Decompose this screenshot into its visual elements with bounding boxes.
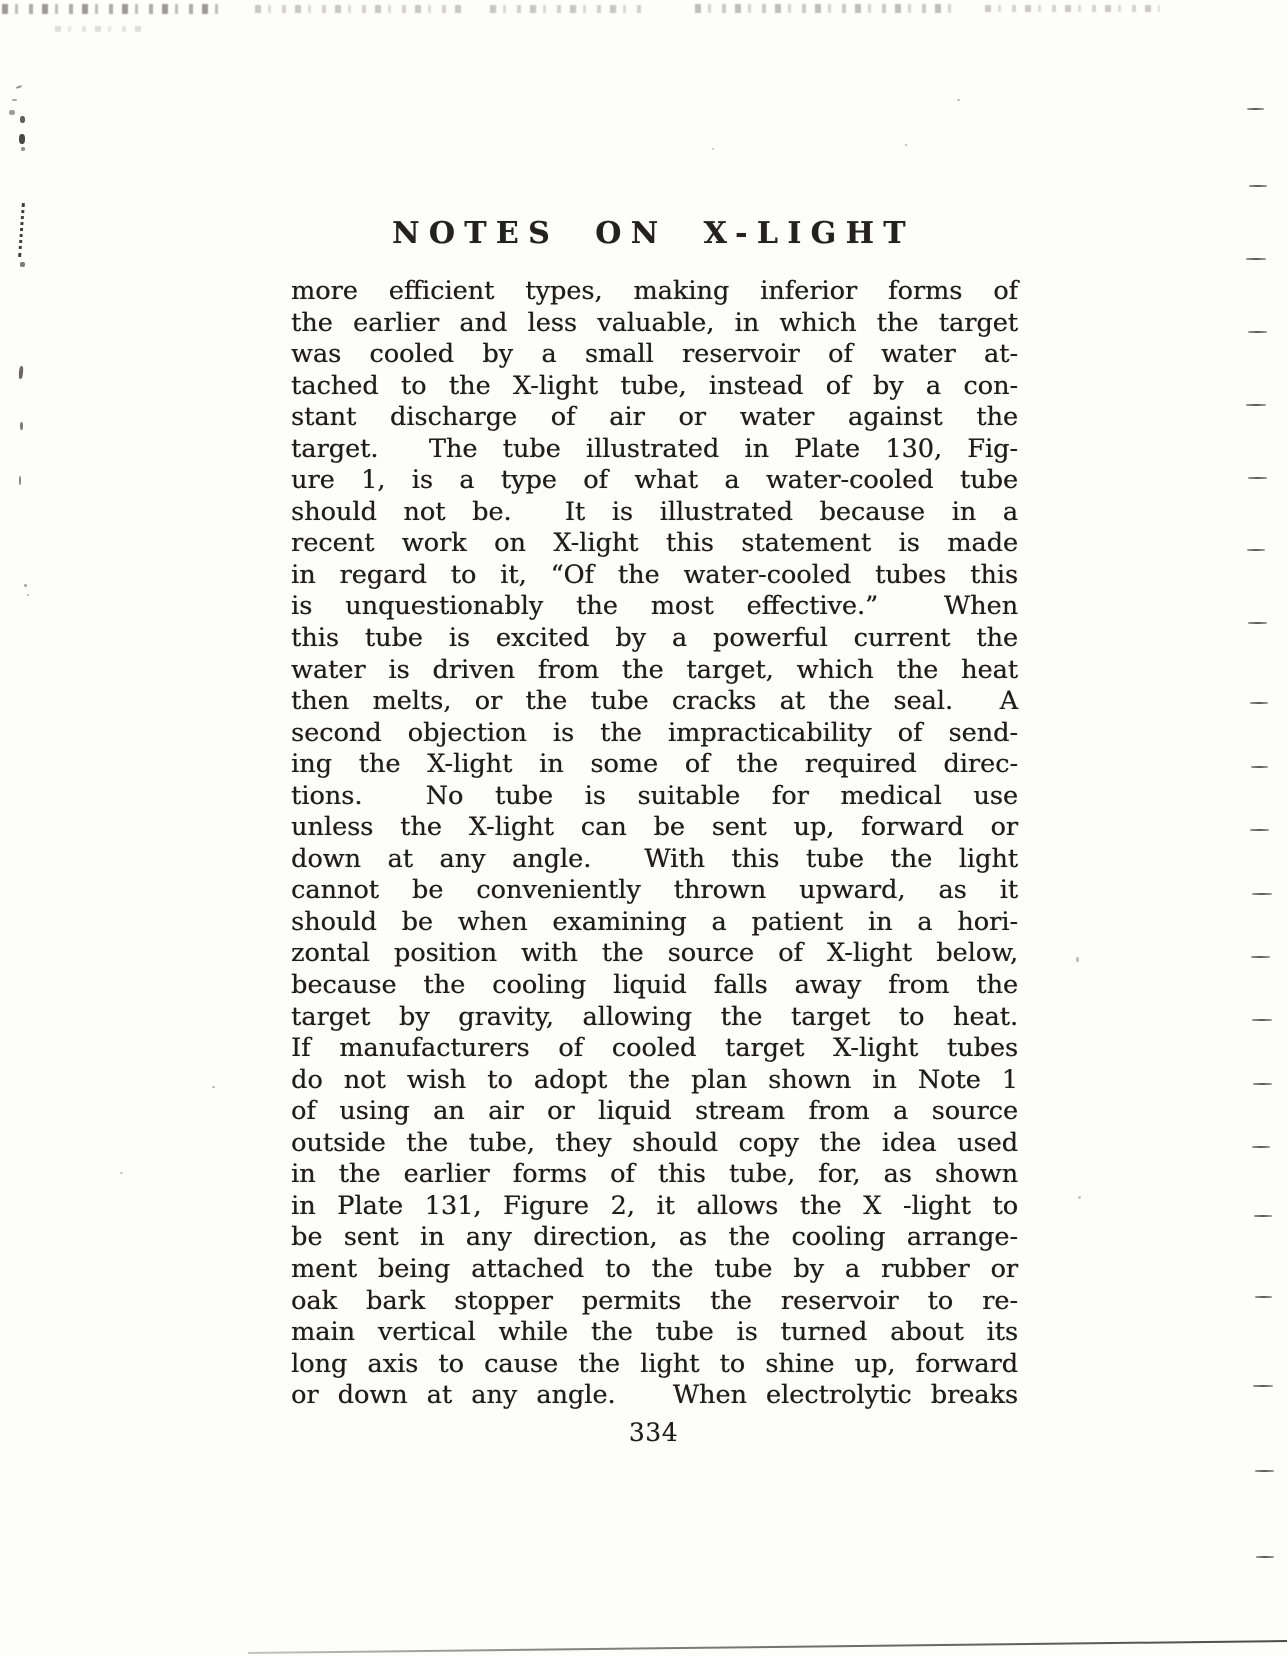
page-edge-dash: [1248, 331, 1267, 333]
page-edge-dash: [1250, 702, 1268, 704]
page-number: 334: [290, 1418, 1017, 1447]
text-line: second objection is the impracticability…: [291, 718, 1018, 750]
scan-speck: [905, 144, 907, 146]
scan-speck: [12, 99, 17, 101]
scan-speck: [19, 134, 25, 144]
text-line: should not be. It is illustrated because…: [291, 497, 1018, 529]
text-line: water is driven from the target, which t…: [291, 655, 1018, 687]
text-line: was cooled by a small reservoir of water…: [291, 339, 1018, 371]
page-edge-dash: [1247, 549, 1265, 551]
scan-speck: [712, 148, 714, 150]
text-line: oak bark stopper permits the reservoir t…: [291, 1286, 1018, 1318]
text-line: zontal position with the source of X-lig…: [291, 938, 1018, 970]
scan-speck: [20, 116, 25, 123]
page-edge-dash: [1247, 108, 1264, 110]
page-edge-dash: [1252, 1019, 1272, 1021]
page-edge-dash: [1246, 258, 1266, 260]
scan-speck: [24, 584, 27, 587]
text-line: unless the X-light can be sent up, forwa…: [291, 812, 1018, 844]
page-edge-dash: [1255, 1296, 1272, 1298]
scan-noise-strip: [985, 5, 1160, 12]
text-line: cannot be conveniently thrown upward, as…: [291, 875, 1018, 907]
scan-speck: [120, 1172, 123, 1174]
scan-noise-strip: [255, 5, 465, 13]
text-line: ure 1, is a type of what a water-cooled …: [291, 465, 1018, 497]
scan-squiggle-mark: [18, 203, 25, 257]
body-text: more efficient types, making inferior fo…: [291, 276, 1018, 1412]
scan-noise-strip: [2, 4, 227, 14]
scan-speck: [19, 476, 21, 485]
text-line: the earlier and less valuable, in which …: [291, 308, 1018, 340]
text-line: target. The tube illustrated in Plate 13…: [291, 434, 1018, 466]
page-edge-dash: [1250, 829, 1269, 831]
scan-speck: [21, 147, 25, 151]
scan-noise-strip: [695, 4, 955, 13]
text-line: down at any angle. With this tube the li…: [291, 844, 1018, 876]
text-line: If manufacturers of cooled target X-ligh…: [291, 1033, 1018, 1065]
scan-speck: [18, 366, 23, 379]
text-line: stant discharge of air or water against …: [291, 402, 1018, 434]
scan-noise-strip: [55, 26, 145, 32]
text-line: should be when examining a patient in a …: [291, 907, 1018, 939]
scan-speck: [1076, 957, 1079, 962]
text-line: in regard to it, “Of the water-cooled tu…: [291, 560, 1018, 592]
scan-speck: [1078, 1196, 1081, 1199]
text-line: of using an air or liquid stream from a …: [291, 1096, 1018, 1128]
text-line: because the cooling liquid falls away fr…: [291, 970, 1018, 1002]
text-line: is unquestionably the most effective.” W…: [291, 591, 1018, 623]
page-edge-dash: [1253, 1385, 1273, 1387]
text-line: this tube is excited by a powerful curre…: [291, 623, 1018, 655]
page-title: NOTES ON X-LIGHT: [290, 216, 1017, 251]
scan-noise-strip: [490, 5, 650, 13]
text-line: long axis to cause the light to shine up…: [291, 1349, 1018, 1381]
page-edge-dash: [1251, 956, 1270, 958]
scanned-page: NOTES ON X-LIGHT more efficient types, m…: [0, 0, 1287, 1657]
text-line: target by gravity, allowing the target t…: [291, 1002, 1018, 1034]
text-line: tached to the X-light tube, instead of b…: [291, 371, 1018, 403]
page-edge-dash: [1248, 477, 1267, 479]
page-edge-dash: [1246, 404, 1266, 406]
scan-speck: [9, 110, 15, 115]
scan-speck: [957, 99, 960, 101]
text-line: recent work on X-light this statement is…: [291, 528, 1018, 560]
text-line: tions. No tube is suitable for medical u…: [291, 781, 1018, 813]
text-line: do not wish to adopt the plan shown in N…: [291, 1065, 1018, 1097]
scan-speck: [16, 85, 22, 89]
page-edge-dash: [1252, 893, 1272, 895]
scan-speck: [27, 594, 29, 596]
page-edge-dash: [1248, 622, 1267, 624]
page-edge-dash: [1251, 766, 1268, 768]
page-edge-dash: [1253, 1083, 1272, 1085]
text-line: be sent in any direction, as the cooling…: [291, 1222, 1018, 1254]
page-edge-dash: [1252, 1146, 1270, 1148]
text-line: in the earlier forms of this tube, for, …: [291, 1159, 1018, 1191]
text-line: ing the X-light in some of the required …: [291, 749, 1018, 781]
text-line: then melts, or the tube cracks at the se…: [291, 686, 1018, 718]
page-edge-dash: [1255, 1470, 1274, 1472]
text-line: or down at any angle. When electrolytic …: [291, 1380, 1018, 1412]
page-edge-dash: [1256, 1556, 1274, 1558]
page-edge-dash: [1254, 1215, 1272, 1217]
text-line: outside the tube, they should copy the i…: [291, 1128, 1018, 1160]
text-line: in Plate 131, Figure 2, it allows the X …: [291, 1191, 1018, 1223]
text-line: more efficient types, making inferior fo…: [291, 276, 1018, 308]
scan-speck: [20, 422, 23, 430]
page-bottom-edge-line: [248, 1640, 1287, 1654]
text-line: ment being attached to the tube by a rub…: [291, 1254, 1018, 1286]
scan-speck: [212, 1086, 215, 1088]
text-line: main vertical while the tube is turned a…: [291, 1317, 1018, 1349]
page-edge-dash: [1249, 185, 1267, 187]
scan-speck: [20, 262, 25, 267]
